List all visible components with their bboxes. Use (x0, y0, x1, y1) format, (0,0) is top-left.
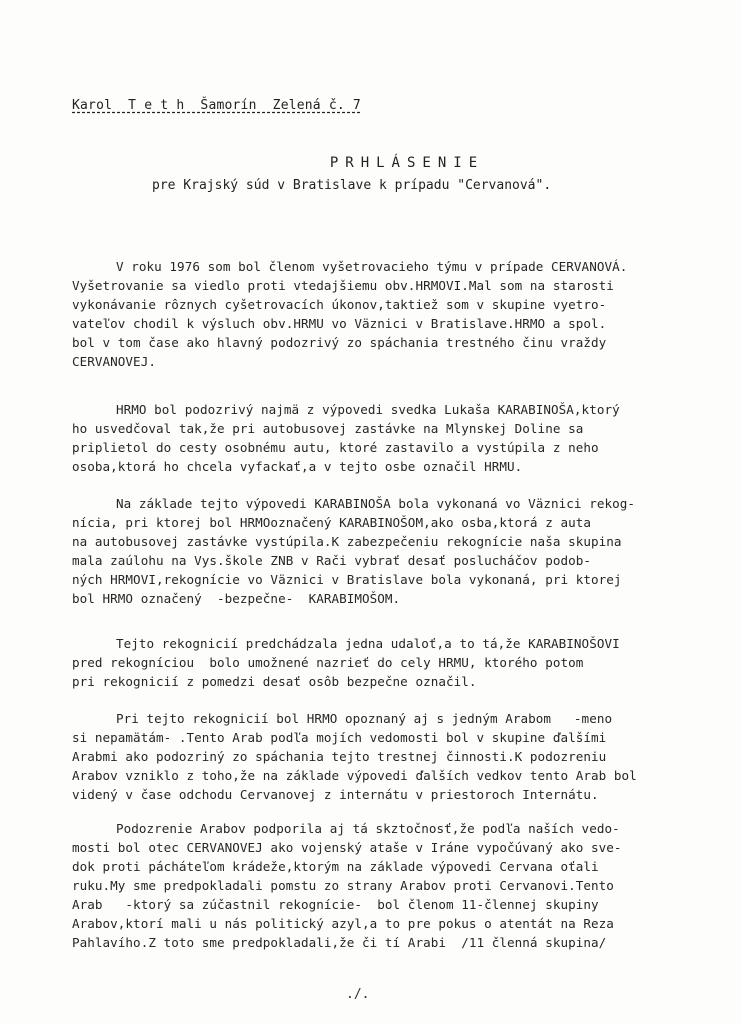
text-line: Arab -ktorý sa zúčastnil rekognície- bol… (72, 895, 732, 914)
text-line: Arabov,ktorí mali u nás politický azyl,a… (72, 914, 732, 933)
author-address-header: Karol T e t h Šamorín Zelená č. 7 (72, 98, 361, 113)
paragraph-3: Na základe tejto výpovedi KARABINOŠA bol… (72, 494, 732, 608)
text-line: dok proti pácháteľom krádeže,ktorým na z… (72, 857, 732, 876)
text-line: videný v čase odchodu Cervanovej z inter… (72, 785, 732, 804)
text-line: osoba,ktorá ho chcela vyfackať,a v tejto… (72, 457, 732, 476)
text-line: Arabmi ako podozriný zo spáchania tejto … (72, 747, 732, 766)
text-line: ho usvedčoval tak,že pri autobusovej zas… (72, 419, 732, 438)
text-line: nícia, pri ktorej bol HRMOoznačený KARAB… (72, 513, 732, 532)
text-line: CERVANOVEJ. (72, 352, 732, 371)
paragraph-2: HRMO bol podozrivý najmä z výpovedi sved… (72, 400, 732, 476)
text-line: Pri tejto rekognicií bol HRMO opoznaný a… (72, 709, 732, 728)
text-line: Tejto rekognicií predchádzala jedna udal… (72, 634, 732, 653)
text-line: vykonávanie rôznych cyšetrovacích úkonov… (72, 295, 732, 314)
typewritten-document-page: Karol T e t h Šamorín Zelená č. 7 PRHLÁS… (0, 0, 742, 1024)
text-line: ných HRMOVI,rekognície vo Väznici v Brat… (72, 570, 732, 589)
document-subtitle: pre Krajský súd v Bratislave k prípadu "… (152, 178, 551, 193)
paragraph-4: Tejto rekognicií predchádzala jedna udal… (72, 634, 732, 691)
text-line: bol v tom čase ako hlavný podozrivý zo s… (72, 333, 732, 352)
text-line: si nepamätám- .Tento Arab podľa mojích v… (72, 728, 732, 747)
text-line: mala zaúlohu na Vys.škole ZNB v Rači vyb… (72, 551, 732, 570)
page-continuation-mark: ./. (346, 987, 369, 1002)
document-title: PRHLÁSENIE (0, 155, 742, 171)
text-line: HRMO bol podozrivý najmä z výpovedi sved… (72, 400, 732, 419)
text-line: ruku.My sme predpokladali pomstu zo stra… (72, 876, 732, 895)
text-line: bol HRMO označený -bezpečne- KARABIMOŠOM… (72, 589, 732, 608)
text-line: V roku 1976 som bol členom vyšetrovacieh… (72, 257, 732, 276)
text-line: Arabov vzniklo z toho,že na základe výpo… (72, 766, 732, 785)
text-line: Na základe tejto výpovedi KARABINOŠA bol… (72, 494, 732, 513)
paragraph-5: Pri tejto rekognicií bol HRMO opoznaný a… (72, 709, 732, 804)
text-line: Pahlavího.Z toto sme predpokladali,že či… (72, 933, 732, 952)
text-line: Vyšetrovanie sa viedlo proti vtedajšiemu… (72, 276, 732, 295)
text-line: vateľov chodil k výsluch obv.HRMU vo Väz… (72, 314, 732, 333)
text-line: mosti bol otec CERVANOVEJ ako vojenský a… (72, 838, 732, 857)
text-line: pri rekognicií z pomedzi desať osôb bezp… (72, 672, 732, 691)
paragraph-1: V roku 1976 som bol členom vyšetrovacieh… (72, 257, 732, 371)
paragraph-6: Podozrenie Arabov podporila aj tá skztoč… (72, 819, 732, 952)
text-line: na autobusovej zastávke vystúpila.K zabe… (72, 532, 732, 551)
text-line: priplietol do cesty osobnému autu, ktoré… (72, 438, 732, 457)
text-line: Podozrenie Arabov podporila aj tá skztoč… (72, 819, 732, 838)
text-line: pred rekogníciou bolo umožnené nazrieť d… (72, 653, 732, 672)
